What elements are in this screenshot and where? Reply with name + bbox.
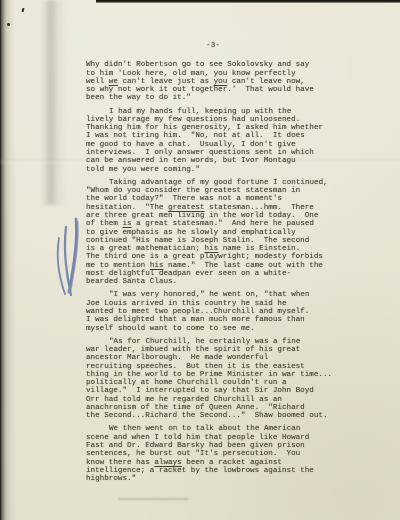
page-number: -3- <box>86 42 340 50</box>
scan-left-edge-shadow <box>0 0 16 520</box>
text-line: the world today?" There was not a moment… <box>86 195 340 203</box>
text-line: recruiting speeches. But then it is the … <box>86 363 340 371</box>
text-line: I was not tiring him. "No, not at all. I… <box>86 132 340 140</box>
text-line: Orr had told me he regarded Churchill as… <box>86 396 340 404</box>
text-line: to give emphasis as he slowly and emphat… <box>86 229 340 237</box>
text-line: I had my hands full, keeping up with the <box>86 108 340 116</box>
text-line: hesitation. "The greatest statesman...hm… <box>86 204 340 212</box>
scan-top-edge-shadow <box>96 0 400 3</box>
typed-text: Why didn't Robertson go to see Sokolovsk… <box>86 61 340 483</box>
text-line: scene and when I told him that people li… <box>86 434 340 442</box>
text-line: been the way to do it." <box>86 94 340 102</box>
vertical-fold-crease <box>41 0 65 205</box>
text-line: to him 'Look here, old man, you know per… <box>86 70 340 78</box>
text-line: are three great men living in the world … <box>86 212 340 220</box>
paragraph: Why didn't Robertson go to see Sokolovsk… <box>86 61 340 102</box>
text-line: highbrows." <box>86 475 340 483</box>
text-line: the Second...Richard the Second..." Shaw… <box>86 412 340 420</box>
paragraph: "I was very honored," he went on, "that … <box>86 291 340 332</box>
text-line: me to mention his name." The last came o… <box>86 262 340 270</box>
text-line: lively barrage my few questions had unlo… <box>86 116 340 124</box>
text-line: well we can't leave just as you can't le… <box>86 78 340 86</box>
text-line: sentences, he burst out "It's persecutio… <box>86 450 340 458</box>
scanned-document: -3- Why didn't Robertson go to see Sokol… <box>0 0 400 520</box>
text-line: know there has always been a racket agai… <box>86 459 340 467</box>
text-line: "I was very honored," he went on, "that … <box>86 291 340 299</box>
text-line: We then went on to talk about the Americ… <box>86 425 340 433</box>
paragraph: Taking advantage of my good fortune I co… <box>86 179 340 287</box>
text-line: village." I interrupted to say that Sir … <box>86 387 340 395</box>
paper-speck <box>7 23 10 26</box>
text-line: of them is a great statesman." And here … <box>86 220 340 228</box>
text-line: intelligence; a racket by the lowbrows a… <box>86 467 340 475</box>
text-line: me good to have a chat. Usually, I don't… <box>86 141 340 149</box>
text-line: thing in the world to be Prime Minister … <box>86 371 340 379</box>
typed-page-content: -3- Why didn't Robertson go to see Sokol… <box>86 42 340 488</box>
text-line: ancestor Marlborough. He made wonderful <box>86 354 340 362</box>
text-line: bearded Santa Claus. <box>86 278 340 286</box>
text-line: myself should want to come to see me. <box>86 325 340 333</box>
text-line: Why didn't Robertson go to see Sokolovsk… <box>86 61 340 69</box>
paragraph: "As for Churchill, he certainly was a fi… <box>86 338 340 421</box>
text-line: "As for Churchill, he certainly was a fi… <box>86 338 340 346</box>
bottom-crease-line <box>118 498 188 500</box>
text-line: continued "His name is Joseph Stalin. Th… <box>86 237 340 245</box>
text-line: told me you were coming." <box>86 166 340 174</box>
text-line: The third one is a great playwright; mod… <box>86 253 340 261</box>
text-line: Taking advantage of my good fortune I co… <box>86 179 340 187</box>
text-line: can be answered in ten words, but Ivor M… <box>86 157 340 165</box>
text-line: Joe Louis arrived in this country he sai… <box>86 300 340 308</box>
paragraph: We then went on to talk about the Americ… <box>86 425 340 483</box>
text-line: I was delighted that a man much more fam… <box>86 316 340 324</box>
blue-pencil-margin-mark-icon <box>48 214 82 298</box>
paragraph: I had my hands full, keeping up with the… <box>86 108 340 174</box>
